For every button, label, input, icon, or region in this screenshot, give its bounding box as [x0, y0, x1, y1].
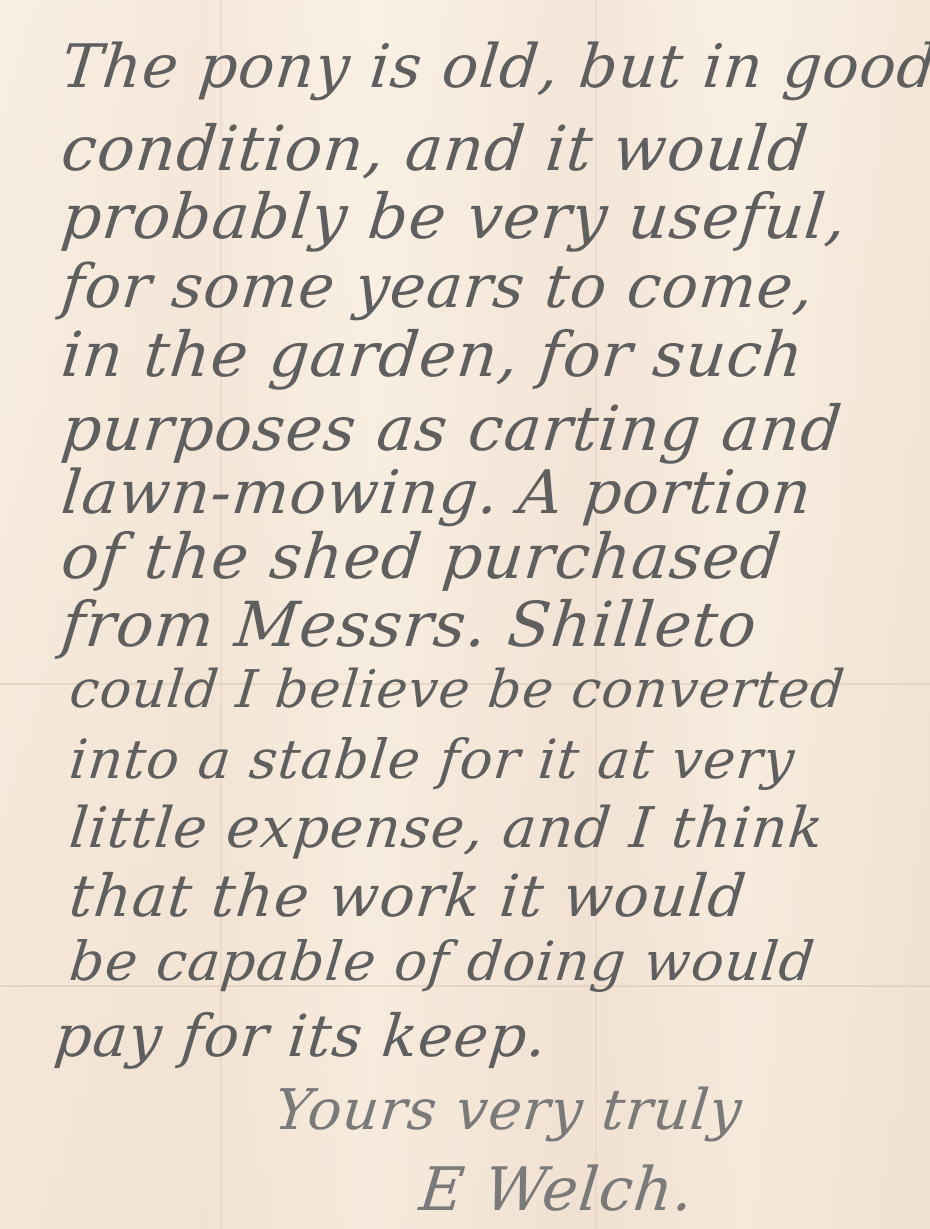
letter-line: in the garden, for such: [58, 318, 807, 391]
letter-line: little expense, and I think: [67, 796, 827, 861]
letter-line: that the work it would: [66, 862, 749, 930]
letter-line: for some years to come,: [58, 252, 817, 322]
letter-line: pay for its keep.: [51, 1002, 550, 1070]
letter-signature: E Welch.: [416, 1155, 697, 1225]
letter-line: of the shed purchased: [58, 520, 785, 593]
letter-line: purposes as carting and: [58, 392, 845, 465]
letter-line: from Messrs. Shilleto: [58, 588, 761, 661]
letter-line: lawn-mowing. A portion: [58, 458, 815, 528]
letter-line: probably be very useful,: [58, 180, 850, 253]
letter-line: be capable of doing would: [67, 930, 818, 993]
letter-line: condition, and it would: [58, 112, 812, 185]
letter-line: into a stable for it at very: [67, 728, 798, 791]
letter-page: The pony is old, but in good condition, …: [0, 0, 930, 1229]
letter-line: The pony is old, but in good: [58, 32, 930, 102]
letter-line: could I believe be converted: [67, 660, 848, 720]
letter-closing: Yours very truly: [272, 1078, 746, 1143]
